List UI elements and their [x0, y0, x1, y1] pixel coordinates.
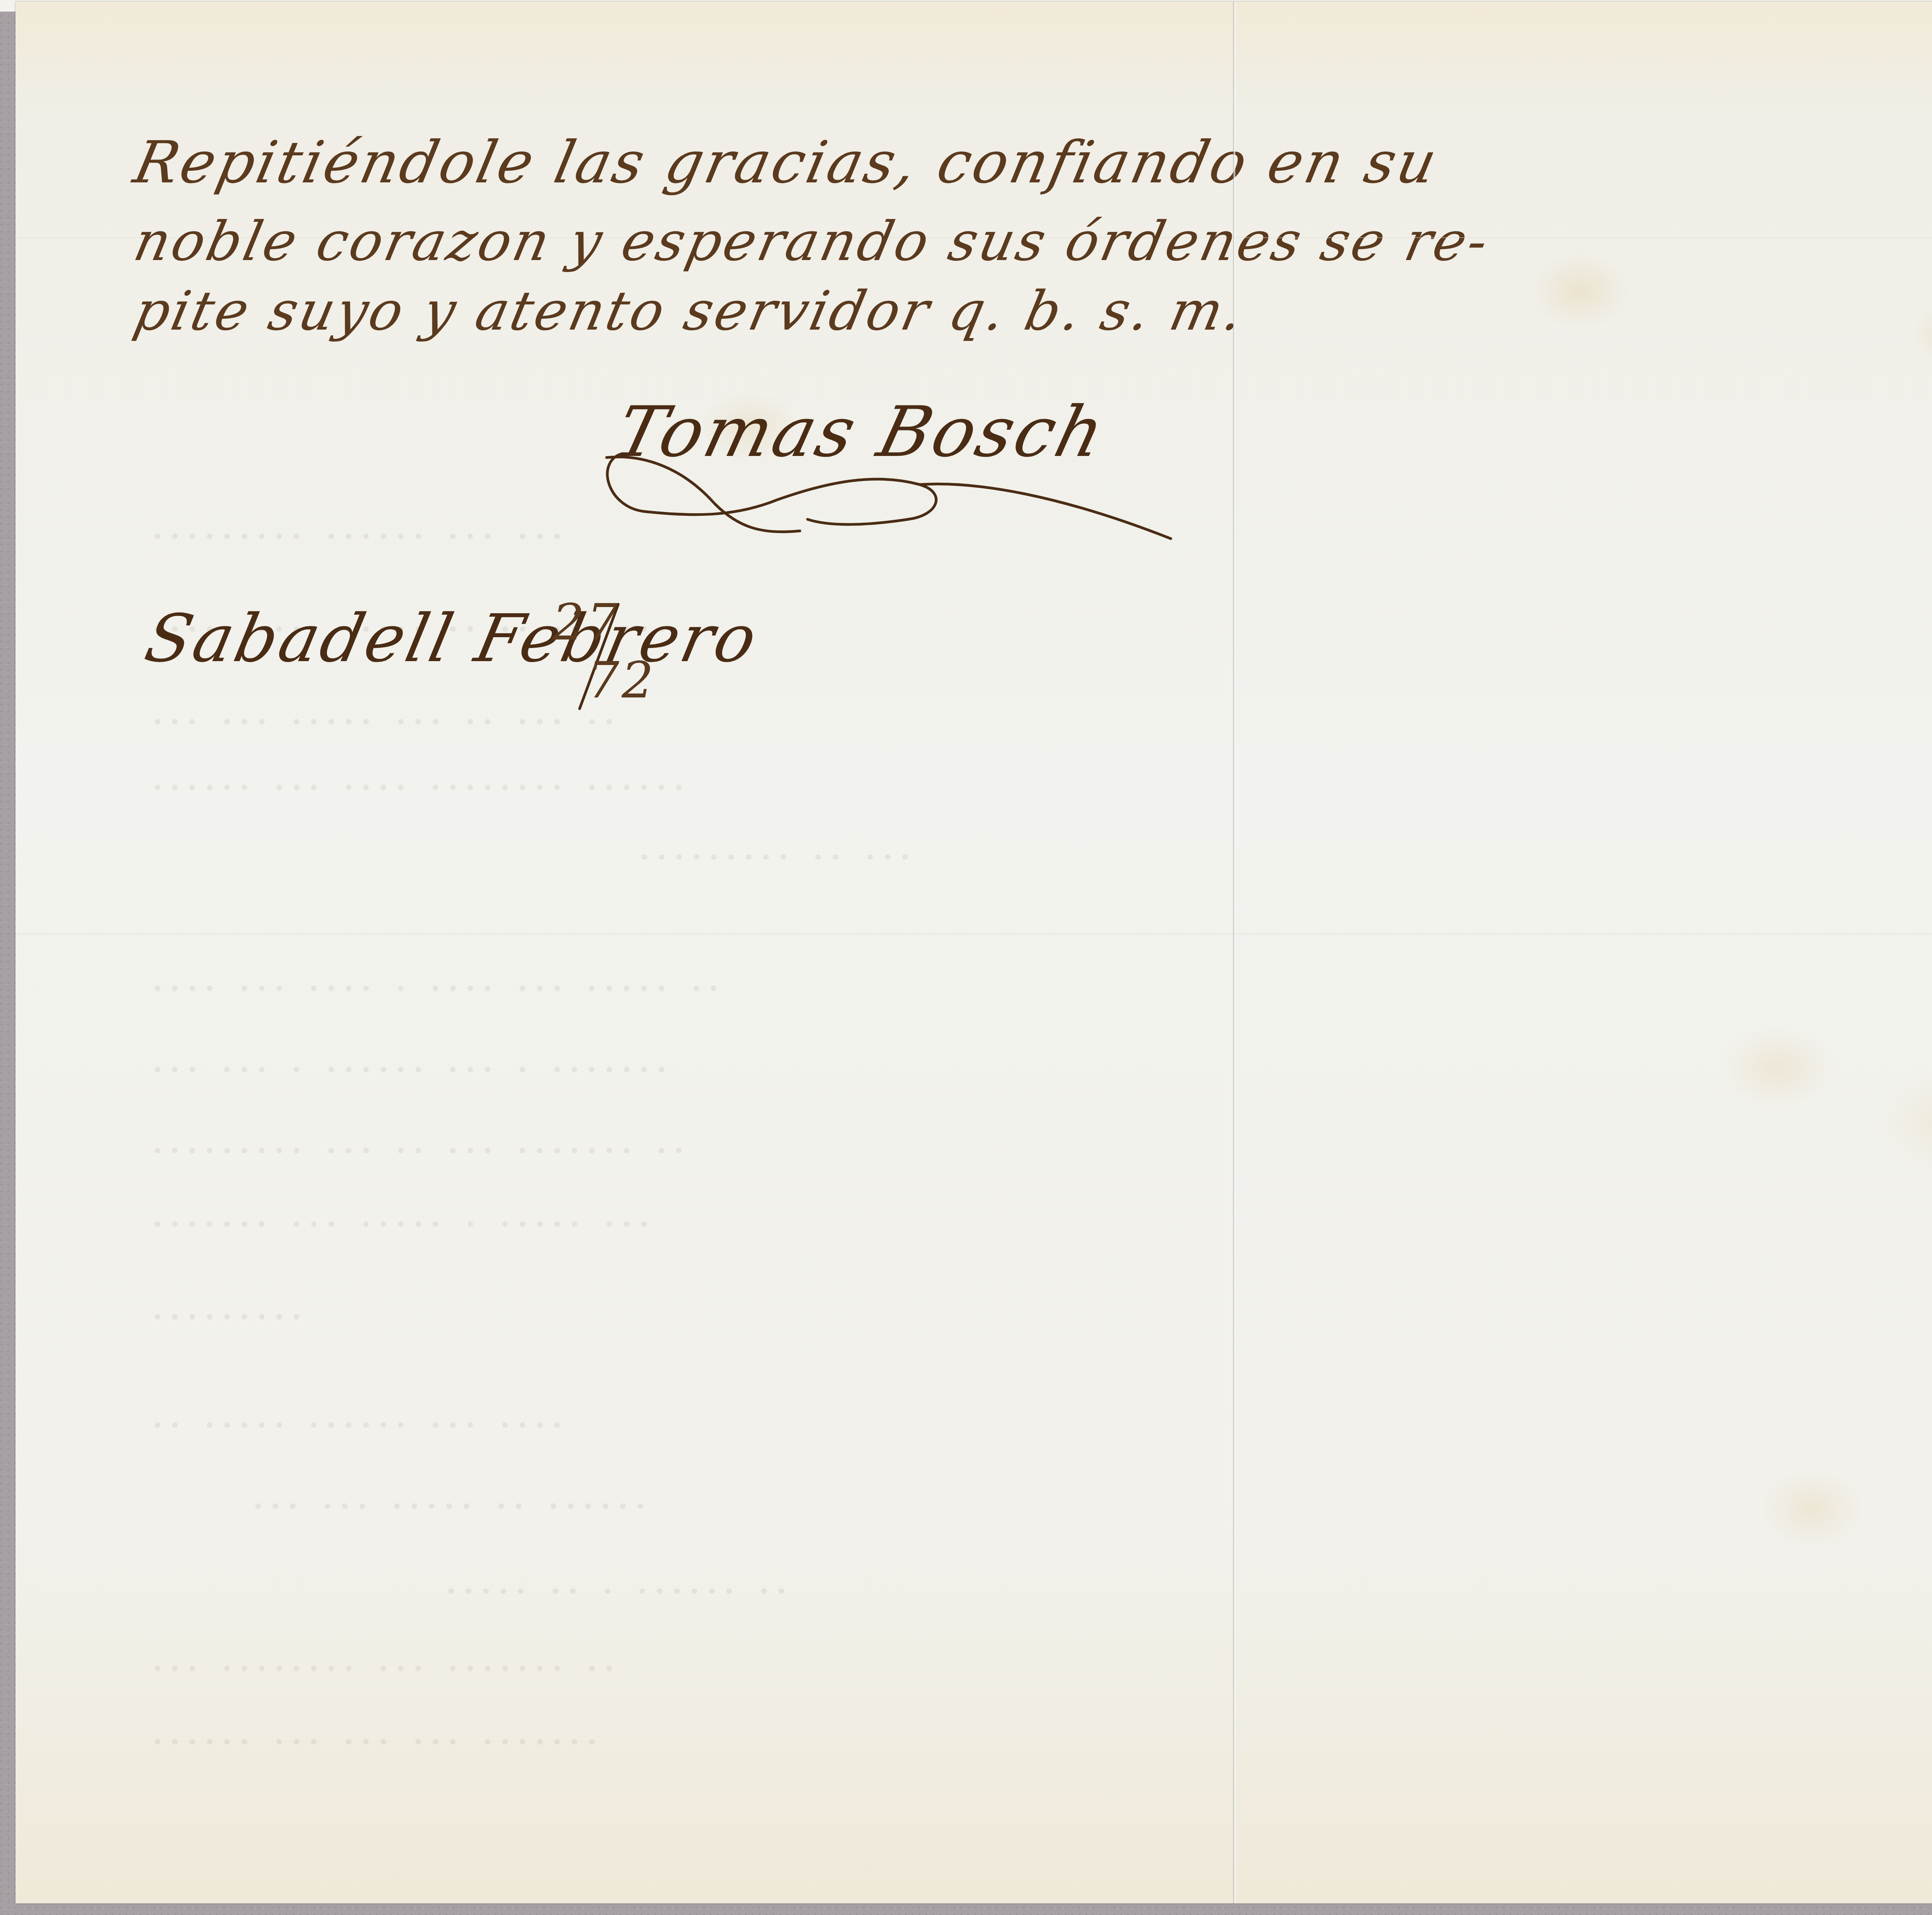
place-date: Sabadell Febrero [139, 600, 765, 677]
bleed-through-text: ··· ····· · ····· ··· ······· [141, 1199, 656, 1249]
letter-sheet: ··· ··· ······ ········· ··· ······ ·· ·… [15, 2, 1932, 1903]
bleed-through-text: ·· ··· ·· ··· ····· ··· ··· [141, 697, 621, 747]
bleed-through-text: ·· ······· ··· ········ ··· [141, 1644, 621, 1693]
right-page [1234, 2, 1932, 1903]
bleed-through-text: ······· ··· ··· ··· ······ [141, 1717, 604, 1767]
bleed-through-text: ··· ··· ······ ········· [141, 512, 569, 561]
bleed-through-text: ······· · ··· ······ · ··· ··· [141, 1045, 673, 1094]
bleed-through-text: ······ ········ ···· ··· ······ [141, 763, 690, 812]
date-year: 72 [587, 651, 656, 709]
bleed-through-text: ··· ·· ········· [628, 832, 917, 882]
bleed-through-text: ·· ······ · ·· ····· [435, 1566, 793, 1616]
signature-flourish-icon [599, 438, 1202, 546]
bleed-through-text: ·· ······· ··· ·· ··· ········· [141, 1126, 690, 1175]
closing-line-3: pite suyo y atento servidor q. b. s. m. [129, 280, 1251, 343]
fold-crease-line [1234, 237, 1932, 238]
horizontal-fold [15, 933, 1932, 935]
bleed-through-text: ·· ····· ··· ···· · ···· ··· ···· [141, 964, 725, 1013]
bleed-through-text: ········· [141, 1292, 308, 1342]
left-page: ··· ··· ······ ········· ··· ······ ·· ·… [15, 2, 1234, 1903]
bleed-through-text: ···· ··· ······ ····· ·· [141, 1400, 569, 1450]
bleed-through-text: ······ ·· ····· ··· ··· [242, 1481, 652, 1531]
